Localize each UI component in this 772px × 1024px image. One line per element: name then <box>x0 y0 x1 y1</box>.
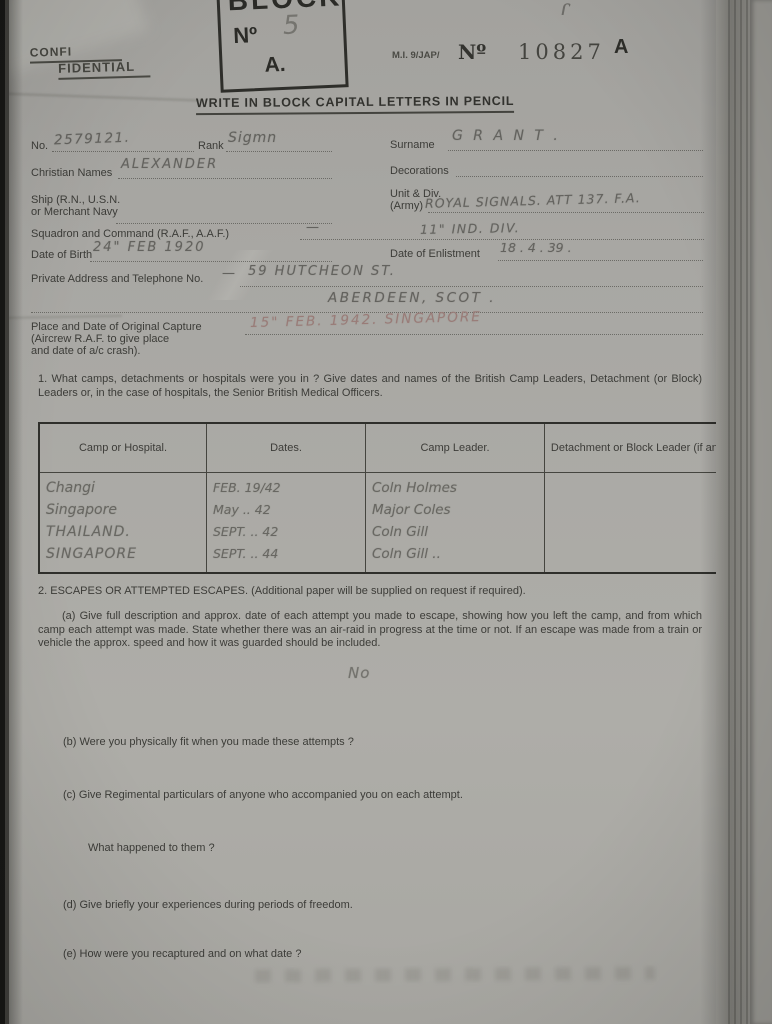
field-rule <box>448 150 703 151</box>
page-stack-lines <box>728 0 752 1024</box>
page-behind-edge <box>750 0 772 1024</box>
question-2e-text: (e) How were you recaptured and on what … <box>63 948 683 962</box>
camps-table-header-row: Camp or Hospital. Dates. Camp Leader. De… <box>39 423 737 473</box>
field-rule <box>90 261 332 262</box>
camps-column-leader: Coln Holmes Major Coles Coln Gill Coln G… <box>366 473 545 574</box>
leader-entry: Coln Gill <box>372 521 542 543</box>
question-2a-answer: No <box>348 664 370 682</box>
date-entry: May .. 42 <box>213 499 363 521</box>
capture-label-line3: and date of a/c crash). <box>31 345 140 357</box>
christian-names-value: ALEXANDER <box>121 157 218 172</box>
leader-entry: Major Coles <box>372 499 542 521</box>
date-entry: FEB. 19/42 <box>213 477 363 499</box>
question-2-heading: 2. ESCAPES OR ATTEMPTED ESCAPES. (Additi… <box>38 585 702 599</box>
confidential-stamp: CONFI FIDENTIAL <box>30 42 151 80</box>
unit-div-label-line2: (Army) <box>390 200 423 212</box>
field-rule <box>245 334 703 335</box>
rank-value: Sigmn <box>228 130 277 146</box>
private-address-label: Private Address and Telephone No. <box>31 273 203 285</box>
instruction-heading: WRITE IN BLOCK CAPITAL LETTERS IN PENCIL <box>196 94 514 115</box>
private-address-value-line1: 59 HUTCHEON ST. <box>248 264 396 279</box>
rank-label: Rank <box>198 140 224 152</box>
question-1-text: 1. What camps, detachments or hospitals … <box>38 373 702 400</box>
block-stamp-handwritten-number: 5 <box>282 10 300 41</box>
date-of-enlistment-label: Date of Enlistment <box>390 248 480 260</box>
unit-div-value-line1: ROYAL SIGNALS. ATT 137. F.A. <box>425 190 641 211</box>
question-2c-text: (c) Give Regimental particulars of anyon… <box>63 789 683 803</box>
camps-column-camp: Changi Singapore THAILAND. SINGAPORE <box>39 473 207 574</box>
question-2d-text: (d) Give briefly your experiences during… <box>63 899 683 913</box>
decorations-label: Decorations <box>390 165 449 177</box>
camp-entry: Changi <box>46 477 204 499</box>
leader-entry: Coln Holmes <box>372 477 542 499</box>
surname-label: Surname <box>390 139 435 151</box>
camp-entry: Singapore <box>46 499 204 521</box>
capture-label-line2: (Aircrew R.A.F. to give place <box>31 333 169 345</box>
camps-column-dates: FEB. 19/42 May .. 42 SEPT. .. 42 SEPT. .… <box>207 473 366 574</box>
mi9-reference-no-label: Nº <box>458 40 486 64</box>
date-of-birth-label: Date of Birth <box>31 249 92 261</box>
capture-label-line1: Place and Date of Original Capture <box>31 321 202 333</box>
camp-entry: SINGAPORE <box>46 543 204 565</box>
date-entry: SEPT. .. 44 <box>213 543 363 565</box>
field-rule <box>52 151 194 152</box>
service-no-label: No. <box>31 140 48 152</box>
camps-table-header-dates: Dates. <box>207 423 366 473</box>
unit-div-value-line2: 11" IND. DIV. <box>420 220 520 237</box>
date-entry: SEPT. .. 42 <box>213 521 363 543</box>
private-address-dash: — <box>222 266 235 281</box>
camps-table-header-camp: Camp or Hospital. <box>39 423 207 473</box>
field-rule <box>240 286 703 287</box>
scanned-form-page: ɾ CONFI FIDENTIAL BLOCK Nº 5 A. M.I. 9/J… <box>0 0 772 1024</box>
mi9-reference-series: A <box>614 36 628 59</box>
bleed-through-smudge <box>255 967 655 983</box>
mi9-reference-number: 10827 <box>518 40 605 64</box>
ship-label-line1: Ship (R.N., U.S.N. <box>31 194 120 206</box>
question-2c2-text: What happened to them ? <box>88 842 488 856</box>
ship-label-line2: or Merchant Navy <box>31 206 118 218</box>
field-rule <box>226 151 332 152</box>
date-of-enlistment-value: 18 . 4 . 39 . <box>500 240 572 255</box>
block-stamp-letter: A. <box>264 53 286 78</box>
mi9-reference-prefix: M.I. 9/JAP/ <box>392 50 440 61</box>
field-rule <box>456 176 703 177</box>
christian-names-label: Christian Names <box>31 167 112 179</box>
squadron-label: Squadron and Command (R.A.F., A.A.F.) <box>31 228 229 240</box>
service-no-value: 2579121. <box>54 130 131 149</box>
camps-table-body-row: Changi Singapore THAILAND. SINGAPORE FEB… <box>39 473 737 574</box>
paper-crease <box>0 93 200 102</box>
block-stamp-no-label: Nº <box>233 22 258 49</box>
private-address-value-line2: ABERDEEN, SCOT . <box>328 290 496 306</box>
block-number-stamp: BLOCK Nº 5 A. <box>215 0 348 93</box>
surname-value: G R A N T . <box>452 128 561 144</box>
question-2a-text: (a) Give full description and approx. da… <box>38 610 702 651</box>
pencil-squiggle: ɾ <box>560 0 570 21</box>
squadron-value-dash: — <box>306 220 319 235</box>
date-of-birth-value: 24" FEB 1920 <box>93 240 205 255</box>
field-rule <box>498 260 703 261</box>
field-rule <box>428 212 704 213</box>
question-2b-text: (b) Were you physically fit when you mad… <box>63 736 663 750</box>
camp-entry: THAILAND. <box>46 521 204 543</box>
field-rule <box>116 223 332 224</box>
leader-entry: Coln Gill .. <box>372 543 542 565</box>
confidential-stamp-bottom: FIDENTIAL <box>58 58 150 79</box>
scan-edge-shadow <box>9 0 23 1024</box>
field-rule <box>118 178 332 179</box>
camps-table: Camp or Hospital. Dates. Camp Leader. De… <box>38 422 738 574</box>
camps-table-header-leader: Camp Leader. <box>366 423 545 473</box>
